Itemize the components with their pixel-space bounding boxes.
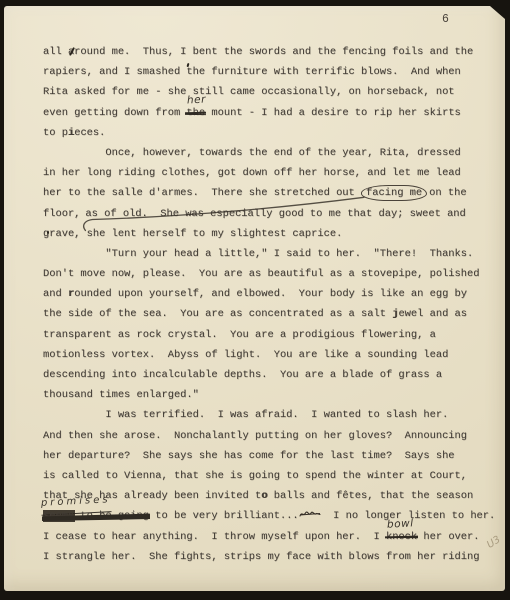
typed-line: promisesseems to be going to be very bri… [43,506,495,526]
typed-line: her to the salle d'armes. There she stre… [43,183,495,203]
struck-text: the [186,107,205,119]
typed-line: floor,as of old. She was especially good… [43,204,495,224]
typed-text: as of old. She was especially good to me… [85,208,465,220]
typed-line: Don't move now, please. You are as beaut… [43,264,495,284]
typed-text: balls and fêtes, that the season [268,490,474,502]
struck-scribble [299,507,321,518]
typed-text: ewel and as [398,308,467,320]
typed-text: Rita asked for me - she still came occas… [43,86,455,98]
typed-line: grave, she lent herself to my slightest … [43,224,495,244]
typed-text: grave, she lent herself to my slightest … [43,228,342,240]
typed-line: Once, however, towards the end of the ye… [43,143,495,163]
typed-text: is called to Vienna, that she is going t… [43,470,467,482]
typed-text: and [43,288,68,300]
manuscript-text: all around me. Thus, I bent the swords a… [43,42,495,567]
typed-line: to pieces. [43,123,495,143]
typed-text: ounded upon yourself, and elbowed. Your … [74,288,467,300]
photo-mat-background: 6 all around me. Thus, I bent the swords… [0,0,510,600]
pen-correction: bowlknock [386,527,417,547]
typed-line: all around me. Thus, I bent the swords a… [43,42,495,62]
typed-line: thousand times enlarged." [43,385,495,405]
typed-line: in her long riding clothes, got down off… [43,163,495,183]
typed-text: I cease to hear anything. I throw myself… [43,531,386,543]
typed-text: Don't move now, please. You are as beaut… [43,268,479,280]
typed-text: on the [429,187,466,199]
typed-text: in her long riding clothes, got down off… [43,167,461,179]
scribble-glyph [299,508,321,519]
typed-text: thousand times enlarged." [43,389,199,401]
typed-text: descending into incalculable depths. You… [43,369,442,381]
typed-text: Once, however, towards the end of the ye… [43,147,461,159]
typed-text: eces. [74,127,105,139]
typed-text: floor, [43,208,80,220]
typed-text: her departure? She says she has come for… [43,450,455,462]
struck-text: knock [386,531,417,543]
typed-text: I strangle her. She fights, strips my fa… [43,551,479,563]
typed-text: to be very brilliant... [149,510,299,522]
circled-text: facing me [361,185,427,201]
typed-line: I cease to hear anything. I throw myself… [43,527,495,547]
typed-line: is called to Vienna, that she is going t… [43,466,495,486]
typed-line: I strangle her. She fights, strips my fa… [43,547,495,567]
typed-text: motionless vortex. Abyss of light. You a… [43,349,448,361]
typed-text: the side of the sea. You are as concentr… [43,308,392,320]
manuscript-page: 6 all around me. Thus, I bent the swords… [4,6,505,591]
typed-text: her to the salle d'armes. There she stre… [43,187,361,199]
typed-line: the side of the sea. You are as concentr… [43,304,495,324]
typed-text: all around me. Thus, I bent the swords a… [43,46,473,58]
typed-line: descending into incalculable depths. You… [43,365,495,385]
typed-text: rapiers, and I smashed the furniture wit… [43,66,461,78]
typed-line: "Turn your head a little," I said to her… [43,244,495,264]
typed-text: transparent as rock crystal. You are a p… [43,329,436,341]
typed-line: And then she arose. Nonchalantly putting… [43,426,495,446]
typed-text: "Turn your head a little," I said to her… [43,248,473,260]
typed-line: even getting down from herthe mount - I … [43,103,495,123]
typed-line: and rounded upon yourself, and elbowed. … [43,284,495,304]
pen-correction: promisesseems to be going [43,506,149,526]
typed-line: I was terrified. I was afraid. I wanted … [43,405,495,425]
typed-line: transparent as rock crystal. You are a p… [43,325,495,345]
typed-text: mount - I had a desire to rip her skirts [205,107,461,119]
stray-ink-dot [47,231,49,234]
typed-line: motionless vortex. Abyss of light. You a… [43,345,495,365]
typed-line: her departure? She says she has come for… [43,446,495,466]
page-number: 6 [442,13,449,26]
clipped-corner [490,6,505,19]
pen-correction: herthe [186,103,205,123]
typed-text: to p [43,127,68,139]
typed-text: even getting down from [43,107,186,119]
typed-line: rapiers, and I smashed the furniture wit… [43,62,495,82]
struck-text: seems to be going [43,510,149,522]
typed-text: And then she arose. Nonchalantly putting… [43,430,467,442]
typed-text: her over. [417,531,479,543]
typed-line: Rita asked for me - she still came occas… [43,82,495,102]
typed-text: I was terrified. I was afraid. I wanted … [43,409,448,421]
